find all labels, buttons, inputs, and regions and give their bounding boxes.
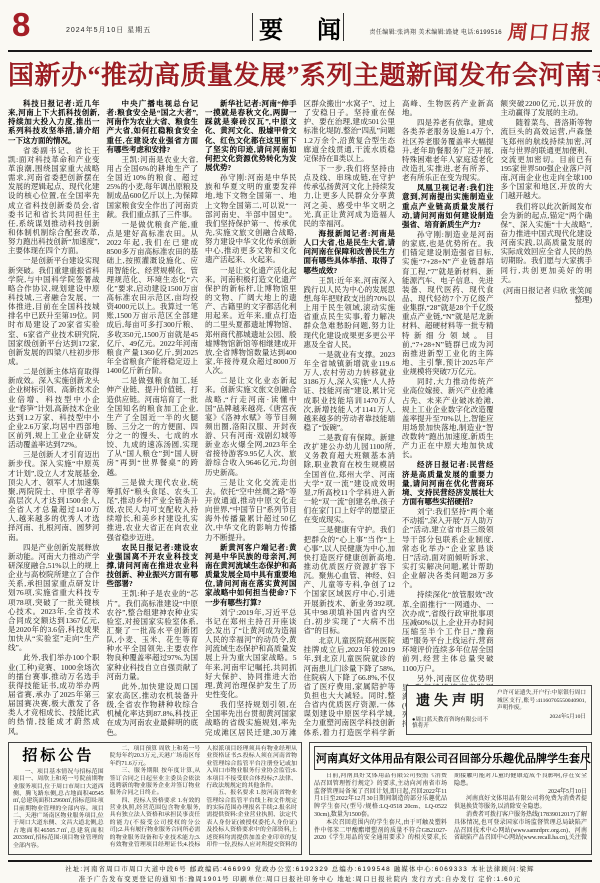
article-paragraph: 三是做大现代农业,统筹抓好“粮头食尾、农头工尾”,推动乡村产业全链条升级,农民人…	[107, 478, 199, 542]
divider-bar-right	[343, 13, 344, 41]
masthead-logo: 周口日报	[506, 16, 593, 45]
tender-notice-columns: 招标公告 一、项目基本情况与招标范围 项目一、周欣上和苑一号院前期物业服务项目,…	[13, 746, 297, 851]
article-paragraph: 王凯:近年来,河南深入践行以人民为中心的发展思想,每年把财政支出的70%以上用于…	[304, 276, 396, 349]
newspaper-page: 8 2024年5月10日 星期五 要 闻 责任编辑:张鸿翔 美术编辑:路婕 电话…	[0, 0, 600, 883]
notice-paragraph: 一、项目基本情况与招标范围 项目一、周欣上和苑一号院前期物业服务项目,位于周口市…	[13, 769, 104, 850]
article-paragraph: 二是让文化业态新起来。创新实施文旅文创融合战略,“行走河南·读懂中国”品牌越来越…	[205, 376, 297, 477]
page-footer: 社址:河南省周口市周口大道中段6号 邮政编码:466999 党政办公室:6192…	[8, 865, 592, 883]
loss-statement-lead: ●周口蓝天教育咨询有限公司不慎将开	[412, 717, 492, 730]
article-paragraph: 三是让文化交流走出去。依托“空中丝绸之路”等开放通道,推动中原文化走向世界,“中…	[205, 478, 297, 542]
article-paragraph: 三是健康有守护。我们把群众的“心上事”当作“上心事”,以人民健康为中心,加快打造…	[304, 525, 396, 635]
section-title: 要 闻	[245, 10, 355, 45]
article-paragraph: 一是就业有支撑。2023年全省城镇新增就业119.6万人,农村劳动力转移就业31…	[304, 350, 396, 432]
article-question-paragraph: 凤凰卫视记者:我们注意到,河南提出实施制造业重点产业链高质量发展行动,请问河南如…	[402, 183, 494, 229]
article-paragraph: 三是创新人才引育迈出新步伐。深入实施“中原英才计划”,设立人才发展基金,顶尖人才…	[8, 450, 100, 541]
article-paragraph: 二是创新主体培育取得新成效。深入实施创新龙头企业树标引领、高新技术企业倍增、科技…	[8, 367, 100, 449]
loss-statement-box: 遗失声明 ●周口蓝天教育咨询有限公司不慎将开 户许可证遗失,开户行:中原银行周口…	[406, 685, 592, 735]
editors-line: 责任编辑:张鸿翔 美术编辑:路婕 电话:6199516	[370, 27, 503, 36]
article-paragraph: 二是做强粮食加工,延伸产业链、提升价值链、打造供应链。河南培育了一批全国知名的粮…	[107, 376, 199, 477]
article-paragraph: 随着菜鸟、普洛斯等物流巨头的高效运营,卢森堡飞郑州的航线持续加密,河南与世界的联…	[501, 118, 593, 200]
article-paragraph: 二是教育有保障。新建改扩建公办幼儿园1100所,义务教育超大班额基本消除,职业教…	[304, 433, 396, 524]
article-question-paragraph: 新黄河客户端记者:黄河是中华民族的母亲河,河南在黄河流域生态保护和高质量发展全局…	[205, 543, 297, 607]
date-line: 2024年5月10日 星期五	[66, 25, 151, 35]
article-paragraph: 下一步,我们将坚持由点及线、串珠成链,在守护传承弘扬黄河文化上持续发力,让更多人…	[304, 164, 396, 228]
loss-statement-date: 2024年5月10日	[497, 714, 586, 722]
article-paragraph: 一是让文化遗产活化起来。河南积极打造文化遗产保护的新标杆,让博物馆里的文物、广阔…	[205, 266, 297, 376]
main-headline: 国新办“推动高质量发展”系列主题新闻发布会河南专场问答摘要	[8, 61, 592, 91]
footer-rule	[8, 860, 592, 862]
article-paragraph: 一是创新平台建设实现新突破。我们重建重振省科学院,与中国科学院签署战略合作协议,…	[8, 256, 100, 366]
footer-line-1: 社址:河南省周口市周口大道中段6号 邮政编码:466999 党政办公室:6192…	[8, 865, 592, 875]
article-columns: 科技日报记者:近几年来,河南上下大抓科技创新,持续加大投入力度,推出一系列科技攻…	[8, 99, 592, 737]
tender-notice-box: 招标公告 一、项目基本情况与招标范围 项目一、周欣上和苑一号院前期物业服务项目,…	[8, 742, 302, 855]
recall-notice-box: 河南真好文体用品有限公司召回部分乐趣优品牌学生套尺 日前,河南真好文体用品有限公…	[309, 742, 592, 855]
article-paragraph: 省委副书记、省长王凯:面对科技革命和产业变革浪潮,围绕国家重大战略需求,河南省委…	[8, 146, 100, 256]
article-area: 科技日报记者:近几年来,河南上下大抓科技创新,持续加大投入力度,推出一系列科技攻…	[8, 99, 592, 737]
article-question-paragraph: 海报新闻记者:河南是人口大省,也是民生大省,请问河南在保障和改善民生方面有哪些具…	[304, 229, 396, 275]
notice-paragraph: 日前,河南真好文体用品有限公司按照《消费品召回管理暂行规定》的要求,主动向河南省…	[314, 773, 447, 820]
loss-statement-title: 遗失声明	[412, 690, 492, 710]
article-byline: (河南日报记者 归欣 张笑闻 整理)	[501, 286, 593, 304]
notice-paragraph: 三、服务期限 按年度计算,从签订合同之日起至业主委员会依法选聘新的物业服务企业并…	[110, 768, 201, 798]
article-paragraph: 四是养老有依靠。建成各类养老服务设施1.4万个,社区养老服务覆盖率大幅提升,老年…	[402, 118, 494, 182]
bottom-notices-row: 招标公告 一、项目基本情况与招标范围 项目一、周欣上和苑一号院前期物业服务项目,…	[8, 742, 592, 855]
article-paragraph: 持续深化“放管服效”改革,全面推行“一网通办、一次办成”,省级行政审批事项压减6…	[402, 590, 494, 672]
footer-line-2: 准予广告发布变更登记的通知书:豫周1901号 印刷单位:周口日报社印务中心 地址…	[8, 875, 592, 883]
article-paragraph: 此外,我们举办100个职业(工种)竞赛、1000余场次的擂台赛事,推动万名选手获…	[8, 653, 100, 735]
article-paragraph: 此外,加快建设周口国家农高区,推动农机装备升级,全省农作物耕种收综合机械化率达到…	[107, 682, 199, 737]
tender-notice-title: 招标公告	[13, 747, 104, 766]
article-paragraph: 一是做优粮食产能,重点是建好高标准农田。从2022年起,我们在已建成8500多万…	[107, 220, 199, 375]
article-paragraph: 四是产业创新发展释放新动能。河南大力推动产学研深度融合,51%以上的规上企业与高…	[8, 543, 100, 653]
notice-paragraph: 二、项目预算 周欣上和苑一号院每年约20.3万元,天港广场南区每年约71.6万元…	[110, 746, 201, 768]
article-paragraph: 孙守刚:制造业是河南的家底,也是优势所在。我们锚定建设制造强省目标,实施“7+2…	[402, 230, 494, 376]
loss-statement-left: 遗失声明 ●周口蓝天教育咨询有限公司不慎将开	[412, 690, 492, 730]
article-paragraph: 我们将以此次新闻发布会为新的起点,锚定“两个确保”、深入实施“十大战略”,奋力推…	[501, 202, 593, 284]
header-rule	[8, 50, 592, 52]
article-question-paragraph: 中央广播电视总台记者:粮食安全是“国之大者”,河南作为农业大省、粮食生产大省,如…	[107, 99, 199, 154]
article-paragraph: 同时,大力推动传统产业高位嫁接、新兴产业抢滩占先、未来产业破冰抢滩,规上工业企业…	[402, 377, 494, 459]
recall-notice-columns: 日前,河南真好文体用品有限公司按照《消费品召回管理暂行规定》的要求,主动向河南省…	[314, 773, 587, 851]
article-paragraph: 刘宁:我们坚持“两个毫不动摇”,深入开展“万人助万企”活动,建立省市县三级领导干…	[402, 507, 494, 589]
article-question-paragraph: 农民日报记者:建设农业强国离不开农业科技支撑,请问河南在推进农业科技创新、种业振…	[107, 543, 199, 589]
loss-statement-text: 户许可证遗失,开户行:中原银行周口城区支行,账号:411607055500409…	[497, 690, 586, 711]
article-paragraph: 孙守刚:河南是中华民族和华夏文明的重要发祥地,地下文物全国第一、地上文物全国第二…	[205, 173, 297, 264]
article-question-paragraph: 新华社记者:河南“伸手一摸就是春秋文化,两脚一踩就是秦砖汉瓦”,中原文化、黄河文…	[205, 99, 297, 172]
article-paragraph: 王凯:种子是农业的“芯片”。我们高标准建设“中原农谷”,整合组建神农种业实验室,…	[107, 589, 199, 680]
article-paragraph: 刘宁:2019年,习近平总书记在郑州主持召开座谈会,发出了“让黄河成为造福人民的…	[205, 608, 297, 699]
notice-paragraph: 河南真好文体用品有限公司将免费为消费者提供退换货等服务,以消除安全隐患。	[454, 796, 587, 812]
article-question-paragraph: 经济日报记者:民营经济是高质量发展的重要力量,请问河南在优化营商环境、支持民营经…	[402, 460, 494, 506]
recall-notice-headline: 河南真好文体用品有限公司召回部分乐趣优品牌学生套尺	[314, 746, 587, 770]
article-paragraph: 王凯:河南是农业大省,用占全国6%的耕地生产了全国近10%的粮食、超过25%的小…	[107, 155, 199, 219]
loss-statement-body: 户许可证遗失,开户行:中原银行周口城区支行,账号:411607055500409…	[497, 690, 586, 730]
page-header: 8 2024年5月10日 星期五 要 闻 责任编辑:张鸿翔 美术编辑:路婕 电话…	[8, 6, 592, 48]
article-question-paragraph: 科技日报记者:近几年来,河南上下大抓科技创新,持续加大投入力度,推出一系列科技攻…	[8, 99, 100, 145]
page-number: 8	[12, 6, 30, 44]
